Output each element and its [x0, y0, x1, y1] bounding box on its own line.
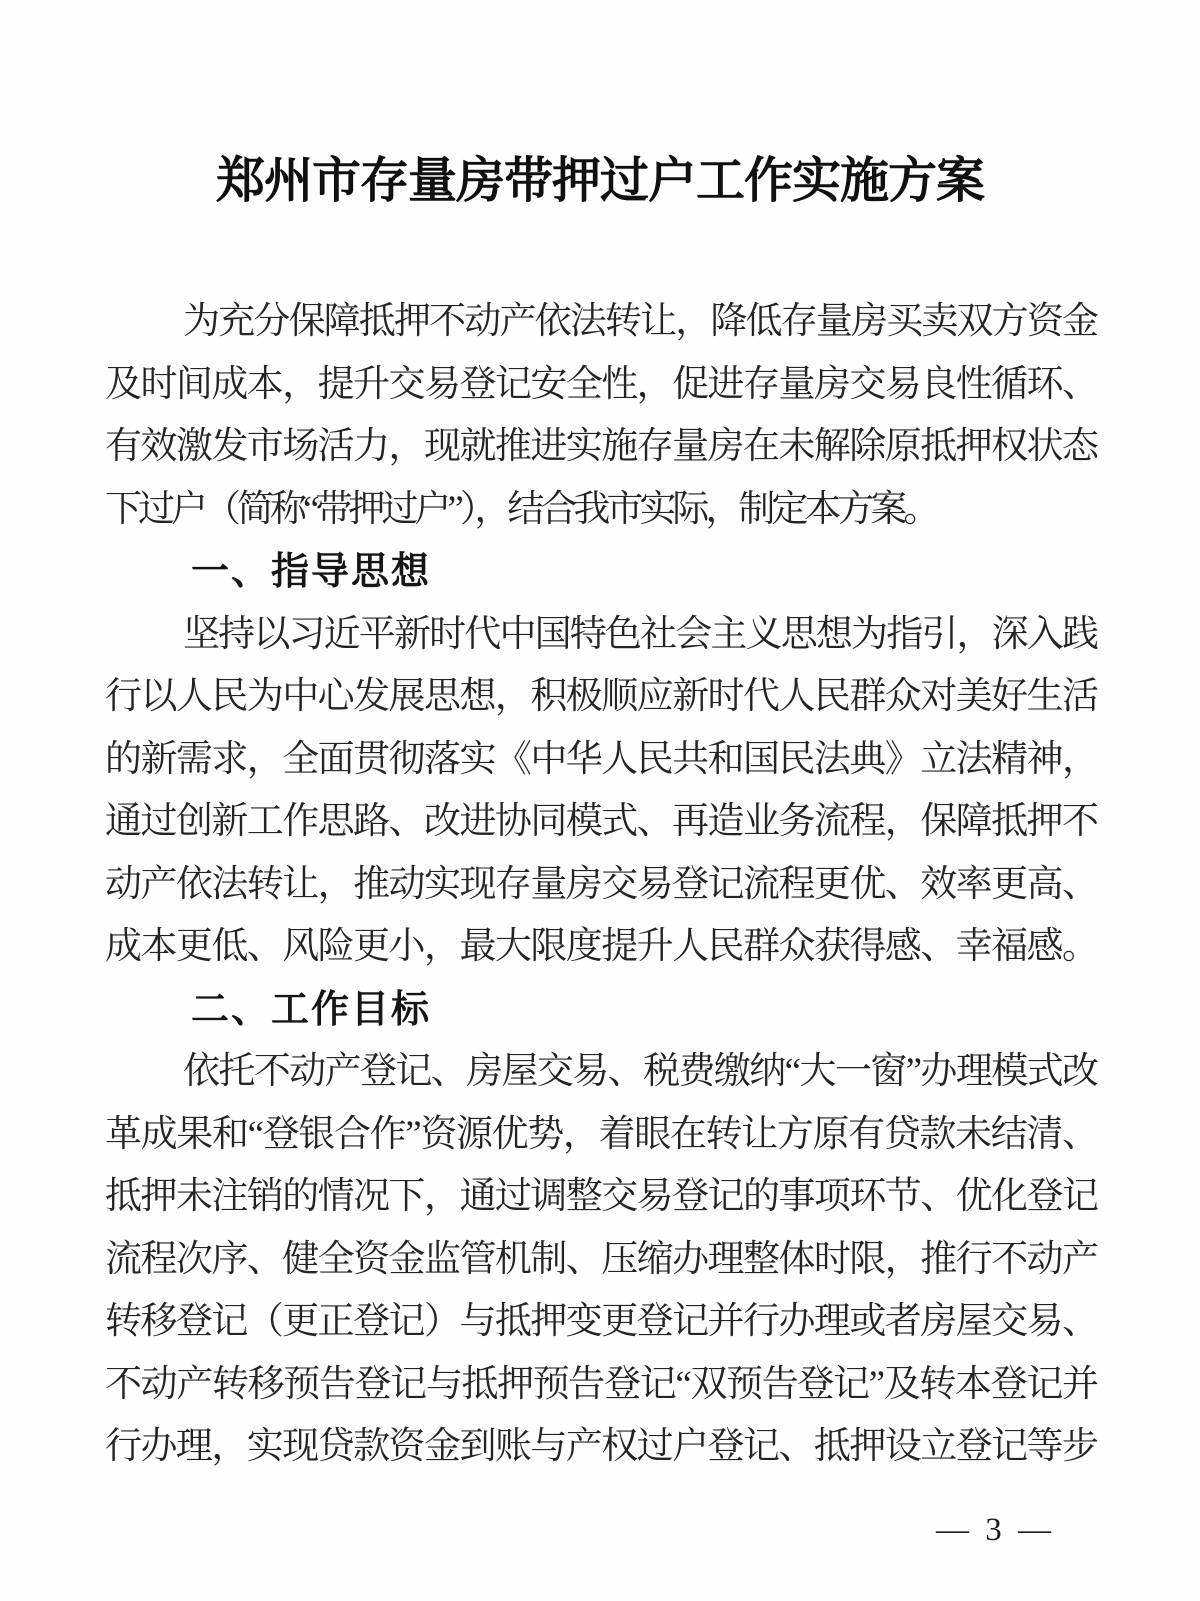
paragraph-line: 的新需求，全面贯彻落实《中华人民共和国民法典》立法精神， — [105, 729, 1095, 792]
paragraph-line: 有效激发市场活力，现就推进实施存量房在未解除原抵押权状态 — [105, 416, 1095, 479]
paragraph-line: 成本更低、风险更小，最大限度提升人民群众获得感、幸福感。 — [105, 916, 1095, 979]
document-body: 为充分保障抵押不动产依法转让，降低存量房买卖双方资金及时间成本，提升交易登记安全… — [105, 291, 1095, 1479]
paragraph-line: 为充分保障抵押不动产依法转让，降低存量房买卖双方资金 — [105, 291, 1095, 354]
section-heading: 二、工作目标 — [105, 979, 1095, 1042]
paragraph-line: 动产依法转让，推动实现存量房交易登记流程更优、效率更高、 — [105, 854, 1095, 917]
page-number: — 3 — — [936, 1508, 1055, 1552]
paragraph-line: 行以人民为中心发展思想，积极顺应新时代人民群众对美好生活 — [105, 666, 1095, 729]
paragraph-line: 通过创新工作思路、改进协同模式、再造业务流程，保障抵押不 — [105, 791, 1095, 854]
paragraph-line: 抵押未注销的情况下，通过调整交易登记的事项环节、优化登记 — [105, 1166, 1095, 1229]
document-page: 郑州市存量房带押过户工作实施方案 为充分保障抵押不动产依法转让，降低存量房买卖双… — [0, 0, 1200, 1601]
paragraph-line: 不动产转移预告登记与抵押预告登记“双预告登记”及转本登记并 — [105, 1354, 1095, 1417]
paragraph-line: 行办理，实现贷款资金到账与产权过户登记、抵押设立登记等步 — [105, 1416, 1095, 1479]
paragraph-line: 革成果和“登银合作”资源优势，着眼在转让方原有贷款未结清、 — [105, 1104, 1095, 1167]
paragraph-line: 及时间成本，提升交易登记安全性，促进存量房交易良性循环、 — [105, 354, 1095, 417]
paragraph-line: 依托不动产登记、房屋交易、税费缴纳“大一窗”办理模式改 — [105, 1041, 1095, 1104]
paragraph-line: 坚持以习近平新时代中国特色社会主义思想为指引，深入践 — [105, 604, 1095, 667]
document-title: 郑州市存量房带押过户工作实施方案 — [0, 150, 1200, 212]
paragraph-line: 流程次序、健全资金监管机制、压缩办理整体时限，推行不动产 — [105, 1229, 1095, 1292]
paragraph-line: 下过户（简称“带押过户”），结合我市实际，制定本方案。 — [105, 479, 1095, 542]
section-heading: 一、指导思想 — [105, 541, 1095, 604]
paragraph-line: 转移登记（更正登记）与抵押变更登记并行办理或者房屋交易、 — [105, 1291, 1095, 1354]
